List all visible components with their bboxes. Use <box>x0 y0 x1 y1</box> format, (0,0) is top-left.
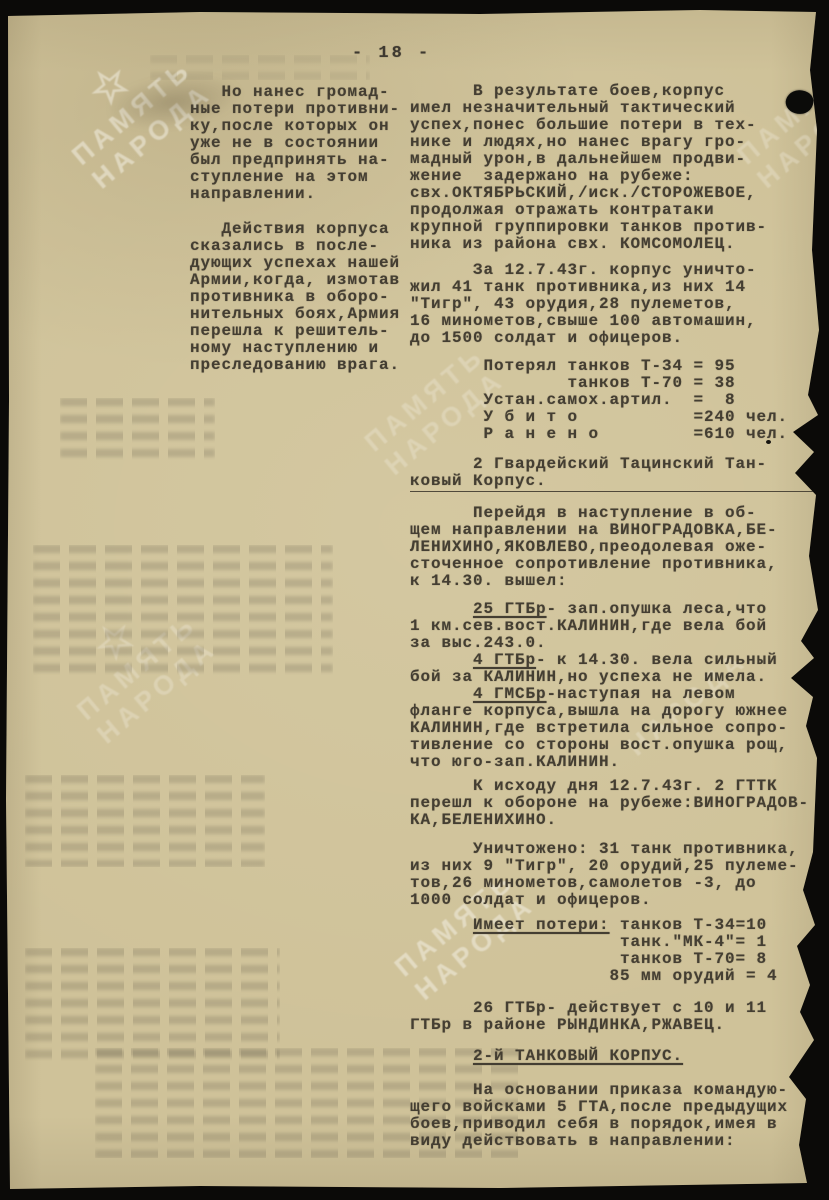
paragraph-brigades: 25 ГТБр- зап.опушка леса,что1 км.сев.вос… <box>410 601 824 771</box>
paragraph-battle-results: В результате боев,корпусимел незначитель… <box>410 83 824 253</box>
ink-bleedthrough <box>33 545 333 680</box>
watermark-text: НАРОДА <box>90 631 225 751</box>
paragraph-26-brigade: 26 ГТБр- действует с 10 и 11ГТБр в район… <box>410 1000 824 1034</box>
ink-bleedthrough <box>60 398 215 460</box>
ink-bleedthrough <box>25 948 280 1066</box>
paragraph-offensive: Перейдя в наступление в об-щем направлен… <box>410 505 824 590</box>
page-number: - 18 - <box>352 44 431 64</box>
losses-table-corps: Потерял танков Т-34 = 95 танков Т-70 = 3… <box>410 358 824 443</box>
watermark: ☆ ПАМЯТЬ НАРОДА <box>45 578 224 751</box>
losses-table-tanks: Имеет потери: танков Т-34=10 танк."МК-4"… <box>410 917 824 985</box>
left-paragraph-corps-actions: Действия корпусасказались в после-дующих… <box>190 221 420 374</box>
ink-bleedthrough <box>25 775 265 867</box>
page-scan: ☆ ПАМЯТЬ НАРОДА ПАМЯТЬ НАРОДА ☆ ПАМЯТЬ Н… <box>0 0 829 1200</box>
paper-speck <box>799 670 811 680</box>
heading-2nd-tank-corps: 2-й ТАНКОВЫЙ КОРПУС. <box>410 1048 824 1065</box>
document-page: ☆ ПАМЯТЬ НАРОДА ПАМЯТЬ НАРОДА ☆ ПАМЯТЬ Н… <box>0 0 829 1200</box>
paragraph-end-of-day: К исходу дня 12.7.43г. 2 ГТТКперешл к об… <box>410 778 824 829</box>
paragraph-order-5gta: На основании приказа командую-щего войск… <box>410 1082 824 1150</box>
paragraph-destroyed-totals: Уничтожено: 31 танк противника,из них 9 … <box>410 841 824 909</box>
heading-2nd-guards-tatsinsky-corps: 2 Гвардейский Тацинский Тан-ковый Корпус… <box>410 456 824 492</box>
watermark-text: ПАМЯТЬ <box>70 608 205 728</box>
star-icon: ☆ <box>45 578 184 704</box>
left-paragraph-losses-enemy: Но нанес громад-ные потери противни-ку,п… <box>190 84 420 203</box>
paragraph-enemy-destroyed: За 12.7.43г. корпус уничто-жил 41 танк п… <box>410 262 824 347</box>
